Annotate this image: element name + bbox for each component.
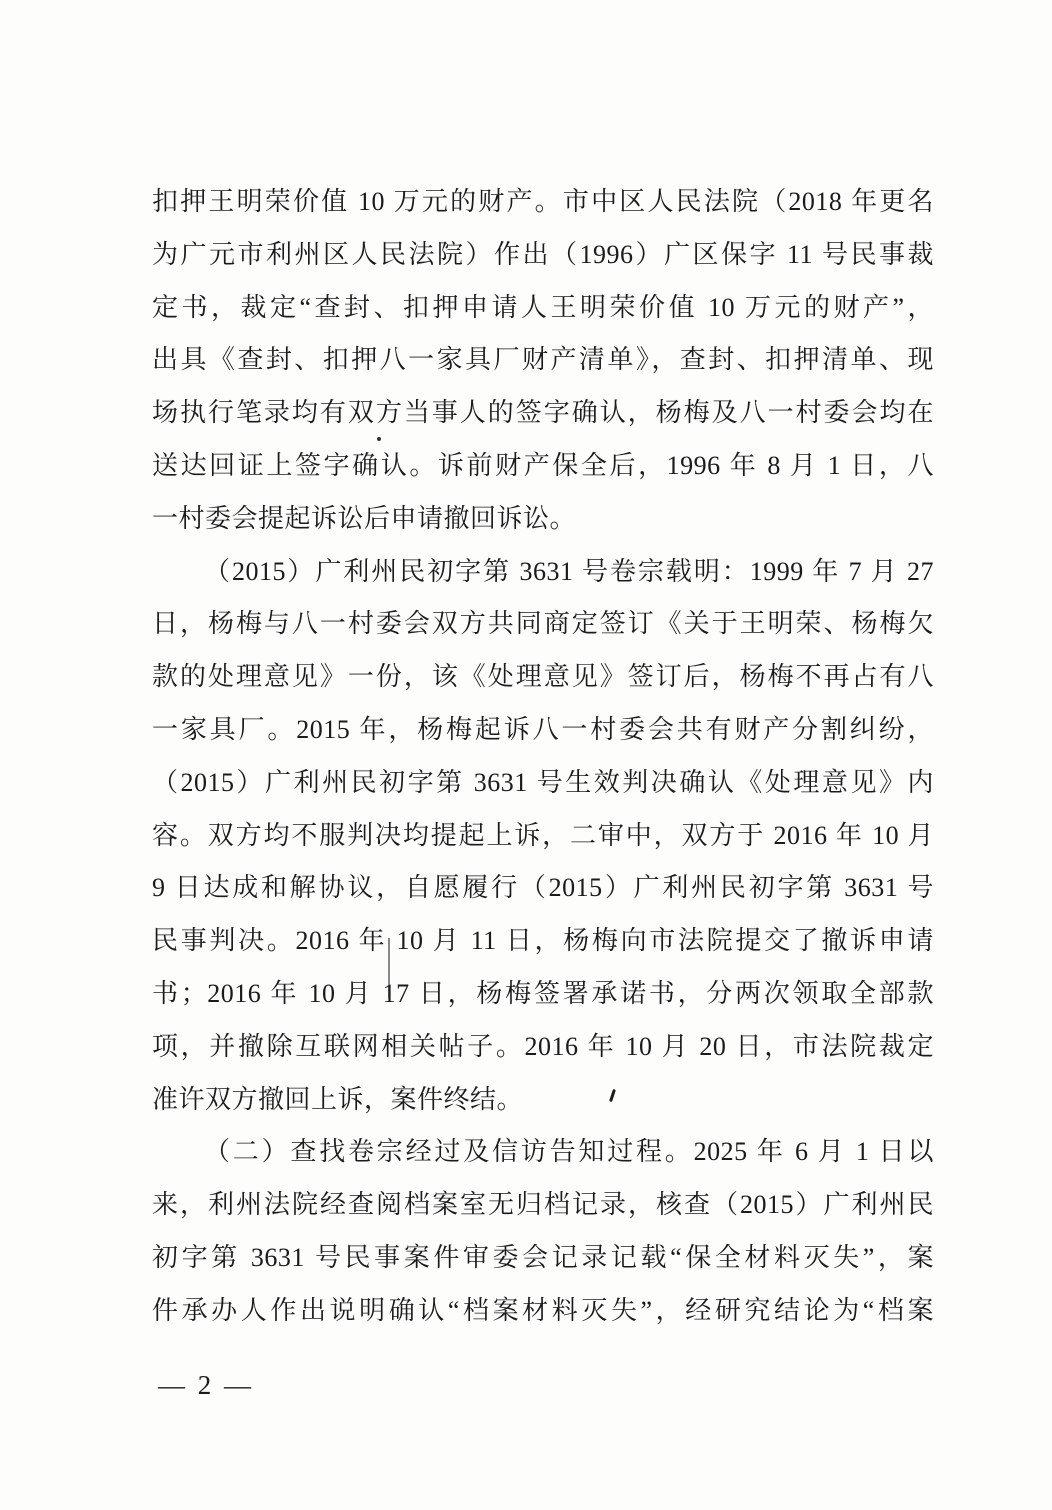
text-line: 初字第 3631 号民事案件审委会记录记载“保全材料灭失”，案 — [152, 1232, 934, 1285]
text-line: 一村委会提起诉讼后申请撤回诉讼。 — [152, 493, 934, 546]
text-line: 准许双方撤回上诉，案件终结。 — [152, 1074, 934, 1127]
text-line: 日，杨梅与八一村委会双方共同商定签订《关于王明荣、杨梅欠 — [152, 598, 934, 651]
text-line: 件承办人作出说明确认“档案材料灭失”，经研究结论为“档案 — [152, 1285, 934, 1338]
text-line: 扣押王明荣价值 10 万元的财产。市中区人民法院（2018 年更名 — [152, 176, 934, 229]
page-number: — 2 — — [158, 1370, 254, 1401]
text-line: 出具《查封、扣押八一家具厂财产清单》，查封、扣押清单、现 — [152, 334, 934, 387]
text-line: 项，并撤除互联网相关帖子。2016 年 10 月 20 日，市法院裁定 — [152, 1021, 934, 1074]
text-line: 为广元市利州区人民法院）作出（1996）广区保字 11 号民事裁 — [152, 229, 934, 282]
text-line: 容。双方均不服判决均提起上诉，二审中，双方于 2016 年 10 月 — [152, 810, 934, 863]
paragraph: （二）查找卷宗经过及信访告知过程。2025 年 6 月 1 日以 来，利州法院经… — [152, 1126, 934, 1337]
text-line: 定书，裁定“查封、扣押申请人王明荣价值 10 万元的财产”， — [152, 282, 934, 335]
scan-speck-line — [388, 938, 390, 998]
text-line: 民事判决。2016 年 10 月 11 日，杨梅向市法院提交了撤诉申请 — [152, 915, 934, 968]
text-line: （二）查找卷宗经过及信访告知过程。2025 年 6 月 1 日以 — [152, 1126, 934, 1179]
document-page: 扣押王明荣价值 10 万元的财产。市中区人民法院（2018 年更名 为广元市利州… — [0, 0, 1052, 1510]
text-line: （2015）广利州民初字第 3631 号生效判决确认《处理意见》内 — [152, 757, 934, 810]
text-line: 款的处理意见》一份，该《处理意见》签订后，杨梅不再占有八 — [152, 651, 934, 704]
scan-speck-dot — [377, 437, 381, 441]
text-line: （2015）广利州民初字第 3631 号卷宗载明：1999 年 7 月 27 — [152, 546, 934, 599]
text-line: 场执行笔录均有双方当事人的签字确认，杨梅及八一村委会均在 — [152, 387, 934, 440]
text-line: 书；2016 年 10 月 17 日，杨梅签署承诺书，分两次领取全部款 — [152, 968, 934, 1021]
text-block: 扣押王明荣价值 10 万元的财产。市中区人民法院（2018 年更名 为广元市利州… — [152, 176, 934, 1338]
text-line: 一家具厂。2015 年，杨梅起诉八一村委会共有财产分割纠纷， — [152, 704, 934, 757]
paragraph: 扣押王明荣价值 10 万元的财产。市中区人民法院（2018 年更名 为广元市利州… — [152, 176, 934, 546]
text-line: 来，利州法院经查阅档案室无归档记录，核查（2015）广利州民 — [152, 1179, 934, 1232]
paragraph: （2015）广利州民初字第 3631 号卷宗载明：1999 年 7 月 27 日… — [152, 546, 934, 1127]
text-line: 送达回证上签字确认。诉前财产保全后，1996 年 8 月 1 日，八 — [152, 440, 934, 493]
text-line: 9 日达成和解协议，自愿履行（2015）广利州民初字第 3631 号 — [152, 862, 934, 915]
